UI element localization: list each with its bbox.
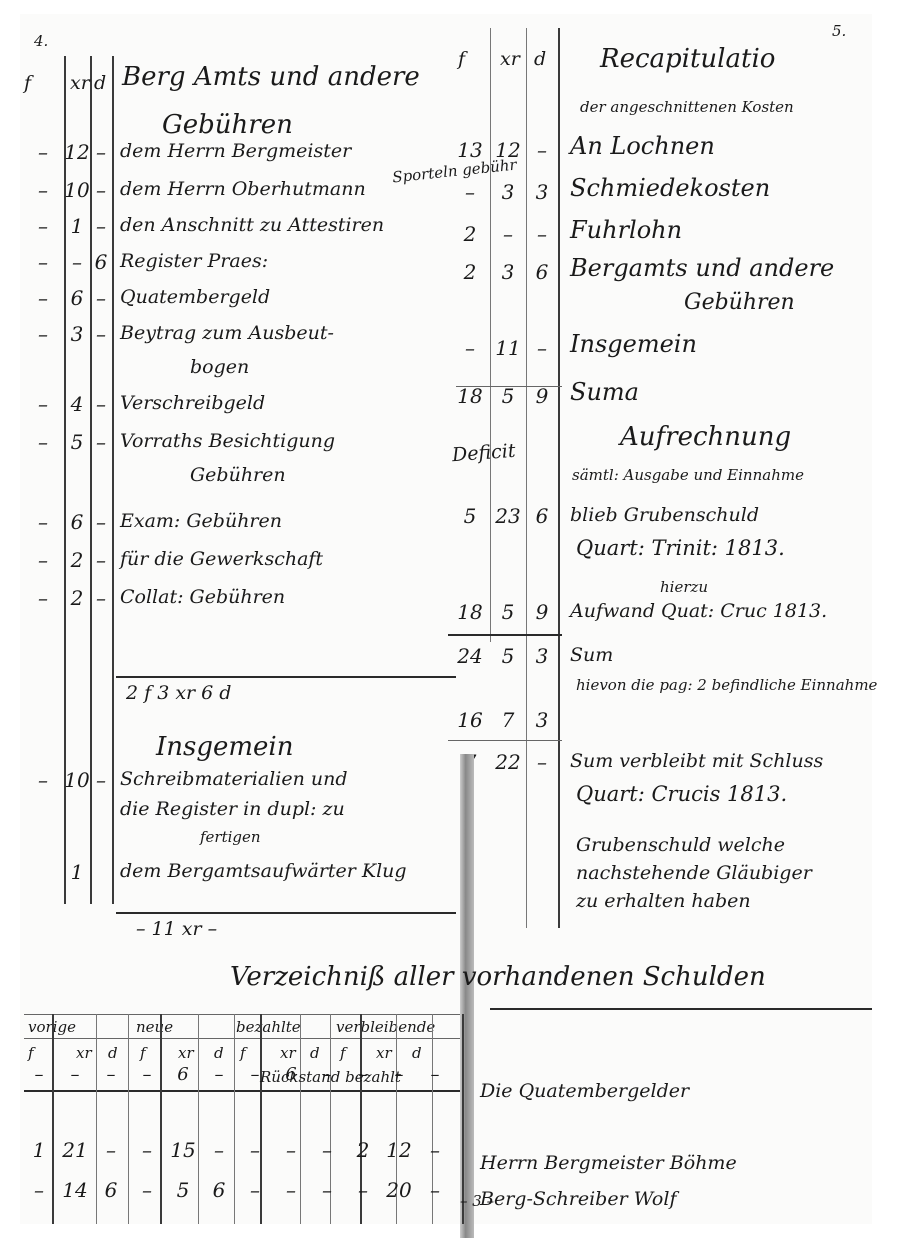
debts-group-header: neue (136, 1018, 173, 1036)
recap-f: – (452, 180, 488, 204)
debts-cell: – (204, 1138, 234, 1162)
amount-xr: 1 (64, 860, 90, 884)
amount-xr: 6 (64, 286, 90, 310)
debts-currency-header: f (340, 1044, 346, 1062)
reckon-d: – (526, 750, 558, 774)
right-col-rule-3 (558, 28, 560, 928)
fee-label: für die Gewerkschaft (120, 548, 323, 570)
recap-label: Bergamts und andere (570, 254, 834, 282)
recap-f: 13 (452, 138, 488, 162)
reckon-label: Sum (570, 644, 613, 666)
debts-title: Verzeichniß aller vorhandenen Schulden (230, 962, 766, 992)
debts-currency-header: xr (76, 1044, 92, 1062)
debts-cell: 6 (204, 1178, 234, 1202)
debts-carry-cell: – (96, 1064, 126, 1085)
amount-d: – (90, 286, 112, 310)
insgemein-label-cont2: fertigen (200, 828, 261, 846)
debts-col-rule (234, 1014, 235, 1224)
debts-cell: – (132, 1138, 162, 1162)
debts-cell: 14 (60, 1178, 90, 1202)
amount-f: – (28, 548, 58, 572)
recap-xr: – (490, 222, 526, 246)
debts-header-top (24, 1014, 460, 1015)
left-title: Berg Amts und andere (122, 62, 420, 92)
left-subtotal: 2 f 3 xr 6 d (126, 682, 231, 704)
amount-xr: 4 (64, 392, 90, 416)
amount-xr: 10 (64, 178, 90, 202)
fee-label: dem Herrn Bergmeister (120, 140, 351, 162)
recap-d: – (526, 138, 558, 162)
reckon-d: 3 (526, 644, 558, 668)
reckoning-title: Aufrechnung (620, 422, 791, 452)
reckon-label: Sum verbleibt mit Schluss (570, 750, 823, 772)
debts-cell: – (240, 1178, 270, 1202)
recap-label: An Lochnen (570, 132, 715, 160)
reckon-f: 16 (452, 708, 488, 732)
recap-d: – (526, 222, 558, 246)
reckon-xr: 5 (490, 644, 526, 668)
insgemein-total: – 11 xr – (136, 918, 217, 940)
closing-line: zu erhalten haben (576, 890, 751, 912)
debts-cell: – (420, 1178, 450, 1202)
fee-label: Register Praes: (120, 250, 268, 272)
amount-d: – (90, 140, 112, 164)
debts-currency-header: d (108, 1044, 118, 1062)
fee-label: dem Herrn Oberhutmann (120, 178, 366, 200)
fee-label-cont: Gebühren (190, 464, 286, 486)
amount-xr: 3 (64, 322, 90, 346)
debts-carry-cell: – (204, 1064, 234, 1085)
right-col-rule-2 (526, 28, 527, 928)
amount-d: – (90, 586, 112, 610)
left-title-2: Gebühren (162, 110, 293, 140)
recap-xr: 11 (490, 336, 526, 360)
reckon-pre: hierzu (660, 578, 708, 596)
amount-xr: 10 (64, 768, 90, 792)
amount-f: – (28, 430, 58, 454)
recap-d: 9 (526, 384, 558, 408)
reckon-d: 6 (526, 504, 558, 528)
debts-carry-cell: – (420, 1064, 450, 1085)
debts-cell: 5 (168, 1178, 198, 1202)
insgemein-label: dem Bergamtsaufwärter Klug (120, 860, 407, 882)
fee-label: Beytrag zum Ausbeut- (120, 322, 334, 344)
creditor-name: Herrn Bergmeister Böhme (480, 1152, 737, 1174)
amount-d: – (90, 430, 112, 454)
amount-f: – (28, 214, 58, 238)
debts-currency-header: d (214, 1044, 224, 1062)
amount-d: – (90, 322, 112, 346)
recap-title: Recapitulatio (600, 44, 775, 74)
r-header-f: f (458, 48, 465, 70)
reckon-d: 9 (526, 600, 558, 624)
debts-col-rule (128, 1014, 129, 1224)
reckon-label-cont: Quart: Trinit: 1813. (576, 536, 785, 560)
right-col-rule-1 (490, 28, 491, 642)
reckon-xr: 23 (490, 504, 526, 528)
r-header-xr: xr (500, 48, 520, 70)
debts-carry-note: Rückstand bezahlt (260, 1068, 401, 1086)
amount-d: – (90, 548, 112, 572)
closing-line: nachstehende Gläubiger (576, 862, 812, 884)
page-number-left: 4. (34, 32, 48, 50)
amount-d: – (90, 214, 112, 238)
sum-rule-1 (448, 634, 562, 636)
debts-cell: 20 (384, 1178, 414, 1202)
deficit-note: Deficit (451, 440, 516, 466)
creditor-heading: Die Quatembergelder (480, 1080, 689, 1102)
debts-group-header: bezahlte (236, 1018, 301, 1036)
insgemein-total-rule (116, 912, 456, 914)
amount-d: – (90, 178, 112, 202)
creditor-name: Berg-Schreiber Wolf (480, 1188, 677, 1210)
r-header-d: d (534, 48, 546, 70)
debts-cell: – (24, 1178, 54, 1202)
amount-f: – (28, 768, 58, 792)
fee-label-cont: bogen (190, 356, 249, 378)
fee-label: Exam: Gebühren (120, 510, 282, 532)
amount-xr: 5 (64, 430, 90, 454)
debts-carry-cell: 6 (168, 1064, 198, 1085)
amount-xr: 2 (64, 548, 90, 572)
amount-f: – (28, 510, 58, 534)
recap-xr: 12 (490, 138, 526, 162)
debts-currency-header: xr (280, 1044, 296, 1062)
closing-line: Grubenschuld welche (576, 834, 785, 856)
debts-currency-header: f (140, 1044, 146, 1062)
reckon-f: 24 (452, 644, 488, 668)
fee-label: den Anschnitt zu Attestiren (120, 214, 384, 236)
page-number-right: 5. (832, 22, 846, 40)
debts-header-mid (24, 1038, 460, 1039)
debts-cell: – (132, 1178, 162, 1202)
recap-label: Fuhrlohn (570, 216, 682, 244)
ledger-page: 4. 5. f xr d Berg Amts und andere Gebühr… (20, 14, 872, 1224)
amount-d: – (90, 510, 112, 534)
debts-carry-cell: – (24, 1064, 54, 1085)
reckon-label: blieb Grubenschuld (570, 504, 759, 526)
amount-f: – (28, 322, 58, 346)
recap-label: Insgemein (570, 330, 697, 358)
reckon-xr: 22 (490, 750, 526, 774)
amount-xr: 2 (64, 586, 90, 610)
debts-carry-cell: – (132, 1064, 162, 1085)
reckon-xr: 7 (490, 708, 526, 732)
debts-currency-header: d (310, 1044, 320, 1062)
debts-cell: – (420, 1138, 450, 1162)
header-d: d (94, 72, 106, 94)
reckon-label-cont: hievon die pag: 2 befindliche Einnahme (576, 676, 877, 694)
debts-group-header: verbleibende (336, 1018, 435, 1036)
insgemein-label-cont: die Register in dupl: zu (120, 798, 345, 820)
debts-currency-header: xr (178, 1044, 194, 1062)
debts-cell: 2 (348, 1138, 378, 1162)
amount-f: – (28, 250, 58, 274)
debts-col-rule (198, 1014, 199, 1224)
sum-rule-2 (448, 740, 562, 741)
recap-f: 2 (452, 222, 488, 246)
debts-cell: – (96, 1138, 126, 1162)
amount-d: 6 (90, 250, 112, 274)
amount-xr: 1 (64, 214, 90, 238)
amount-xr: 12 (64, 140, 90, 164)
debts-cell: – (276, 1178, 306, 1202)
debts-cell: 12 (384, 1138, 414, 1162)
recap-label: Schmiedekosten (570, 174, 770, 202)
amount-f: – (28, 140, 58, 164)
debts-carry-cell: – (60, 1064, 90, 1085)
amount-d: – (90, 392, 112, 416)
debts-currency-header: f (28, 1044, 34, 1062)
insgemein-label: Schreibmaterialien und (120, 768, 347, 790)
reckon-f: 5 (452, 504, 488, 528)
reckon-xr: 5 (490, 600, 526, 624)
debts-currency-header: xr (376, 1044, 392, 1062)
recap-d: 6 (526, 260, 558, 284)
section-insgemein-title: Insgemein (156, 732, 294, 762)
debts-cell: – (348, 1178, 378, 1202)
debts-title-rule (490, 1008, 872, 1010)
debts-cell: – (240, 1138, 270, 1162)
amount-f: – (28, 586, 58, 610)
reckon-label-cont: Quart: Crucis 1813. (576, 782, 787, 806)
suma-rule (456, 386, 562, 387)
fee-label: Vorraths Besichtigung (120, 430, 335, 452)
left-subtotal-rule (116, 676, 456, 678)
recap-f: – (452, 336, 488, 360)
amount-xr: 6 (64, 510, 90, 534)
fee-label: Quatembergeld (120, 286, 270, 308)
debts-cell: – (276, 1138, 306, 1162)
debts-currency-header: f (240, 1044, 246, 1062)
debts-cell: – (312, 1138, 342, 1162)
recap-d: – (526, 336, 558, 360)
debts-cell: 15 (168, 1138, 198, 1162)
debts-cell: 21 (60, 1138, 90, 1162)
recap-xr: 5 (490, 384, 526, 408)
debts-cell: 6 (96, 1178, 126, 1202)
debts-cell: 1 (24, 1138, 54, 1162)
amount-f: – (28, 178, 58, 202)
reckon-d: 3 (526, 708, 558, 732)
fee-label: Collat: Gebühren (120, 586, 285, 608)
amount-d: – (90, 768, 112, 792)
recap-subtitle: der angeschnittenen Kosten (580, 98, 794, 116)
header-f: f (24, 72, 31, 94)
recap-f: 18 (452, 384, 488, 408)
fee-label: Verschreibgeld (120, 392, 265, 414)
amount-xr: – (64, 250, 90, 274)
header-xr: xr (70, 72, 90, 94)
recap-label-cont: Gebühren (684, 290, 795, 315)
reckon-label: Aufwand Quat: Cruc 1813. (570, 600, 827, 622)
recap-label: Suma (570, 378, 639, 406)
recap-xr: 3 (490, 260, 526, 284)
reckoning-subtitle: sämtl: Ausgabe und Einnahme (572, 466, 804, 484)
debts-currency-header: d (412, 1044, 422, 1062)
recap-d: 3 (526, 180, 558, 204)
left-col-rule-3 (112, 56, 114, 904)
amount-f: – (28, 392, 58, 416)
debts-cell: – (312, 1178, 342, 1202)
reckon-f: 18 (452, 600, 488, 624)
amount-f: – (28, 286, 58, 310)
recap-xr: 3 (490, 180, 526, 204)
debts-carry-rule (24, 1090, 460, 1092)
recap-f: 2 (452, 260, 488, 284)
